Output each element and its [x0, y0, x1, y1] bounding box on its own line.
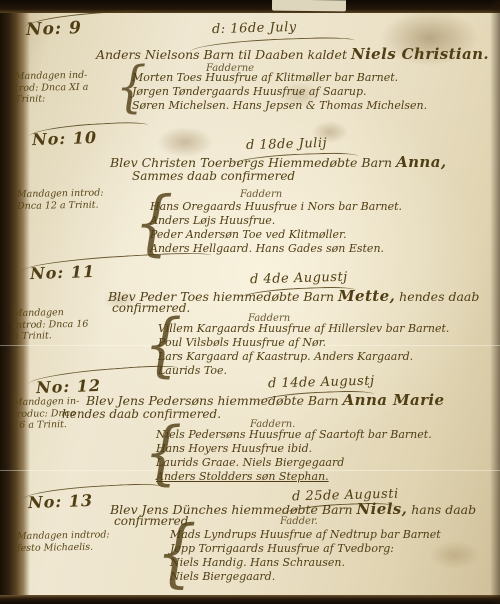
- main-text-post: hendes daab: [399, 289, 479, 304]
- bookmark-tab: [272, 0, 346, 11]
- sponsors-list: Villem Kargaards Huusfrue af Hillerslev …: [158, 322, 449, 378]
- child-name: Mette,: [338, 287, 395, 305]
- margin-note: Mandagen indtrod: festo Michaelis.: [17, 529, 135, 554]
- margin-note: Mandagen introd: Dnca 16 a Trinit.: [13, 306, 132, 343]
- sponsor-line: Peder Andersøn Toe ved Klitmøller.: [150, 228, 402, 242]
- entry-number: No: 11: [30, 262, 96, 283]
- entry-number: No: 10: [32, 128, 98, 149]
- entry-date-heading: d 4de Augustj: [250, 270, 348, 288]
- register-entry-11: No: 11 d 4de Augustj Blev Peder Toes hie…: [0, 258, 500, 372]
- sponsor-line: Niels Biergegaard.: [170, 570, 441, 584]
- sponsors-list: Niels Pedersøns Huusfrue af Saartoft bar…: [156, 428, 432, 484]
- register-entry-9: No: 9 d: 16de July Anders Nielsons Barn …: [0, 14, 500, 128]
- child-name: Anna Marie: [343, 391, 445, 409]
- main-text-pre: Blev Christen Toerbergs Hiemmedøbte Barn: [110, 155, 392, 170]
- margin-line: 16 a Trinit.: [13, 418, 131, 432]
- entry-number: No: 9: [26, 18, 83, 40]
- sponsor-line: Villem Kargaards Huusfrue af Hillerslev …: [158, 322, 449, 336]
- sponsor-line: Lars Kargaard af Kaastrup. Anders Kargaa…: [158, 350, 449, 364]
- register-entry-12: No: 12 d 14de Augustj Blev Jens Pedersøn…: [0, 372, 500, 483]
- sponsor-line: Mads Lyndrups Huusfrue af Nedtrup bar Ba…: [170, 528, 441, 542]
- sponsors-list: Hans Oregaards Huusfrue i Nors bar Barne…: [150, 200, 402, 256]
- sponsor-line: Niels Pedersøns Huusfrue af Saartoft bar…: [156, 428, 432, 442]
- sponsor-line: Niels Handig. Hans Schrausen.: [170, 556, 441, 570]
- register-page-scan: No: 9 d: 16de July Anders Nielsons Barn …: [0, 0, 500, 604]
- sponsor-line: Laurids Graae. Niels Biergegaard: [156, 456, 432, 470]
- sponsor-line: Morten Toes Huusfrue af Klitmøller bar B…: [132, 71, 427, 85]
- sponsor-line: Jørgen Tøndergaards Huusfrue af Saarup.: [132, 85, 427, 99]
- margin-note: Mandagen in- troduc: Dnca 16 a Trinit.: [13, 395, 132, 432]
- page-top-edge: [0, 0, 500, 13]
- main-text-post: hans daab: [411, 502, 476, 517]
- entry-main-text: Anders Nielsons Barn til Daaben kaldet N…: [96, 45, 489, 63]
- child-name: Niels,: [357, 500, 408, 518]
- entry-date-heading: d: 16de July: [212, 20, 297, 37]
- register-entry-13: No: 13 d 25de Augusti Blev Jens Dünches …: [0, 483, 500, 595]
- margin-line: Dnca 12 a Trinit.: [17, 198, 135, 212]
- entry-date-heading: d 18de Julij: [246, 136, 327, 153]
- margin-line: a Trinit.: [13, 329, 131, 343]
- margin-note: Mandagen introd: Dnca 12 a Trinit.: [17, 187, 135, 212]
- page-bottom-edge: [0, 595, 500, 604]
- sponsor-line: Anders Løjs Huusfrue.: [150, 214, 402, 228]
- register-entry-10: No: 10 d 18de Julij Blev Christen Toerbe…: [0, 128, 500, 258]
- sponsor-line: Søren Michelsen. Hans Jepsen & Thomas Mi…: [132, 99, 427, 113]
- sponsor-line: Jepp Torrigaards Huusfrue af Tvedborg:: [170, 542, 441, 556]
- sponsors-list: Morten Toes Huusfrue af Klitmøller bar B…: [132, 71, 427, 113]
- entry-number: No: 13: [28, 491, 94, 512]
- sponsors-label: Fadder.: [280, 516, 318, 527]
- sponsors-label: Faddern: [240, 189, 282, 200]
- entry-date-heading: d 14de Augustj: [268, 374, 375, 392]
- sponsor-line: Poul Vilsbøls Huusfrue af Nør.: [158, 336, 449, 350]
- sponsor-line: Hans Hoyers Huusfrue ibid.: [156, 442, 432, 456]
- margin-line: festo Michaelis.: [17, 540, 135, 554]
- sponsor-line: Anders Stoldders søn Stephan.: [156, 470, 432, 484]
- sponsor-line: Hans Oregaards Huusfrue i Nors bar Barne…: [150, 200, 402, 214]
- sponsors-list: Mads Lyndrups Huusfrue af Nedtrup bar Ba…: [170, 528, 441, 584]
- child-name: Niels Christian.: [351, 45, 489, 63]
- child-name: Anna,: [396, 153, 446, 171]
